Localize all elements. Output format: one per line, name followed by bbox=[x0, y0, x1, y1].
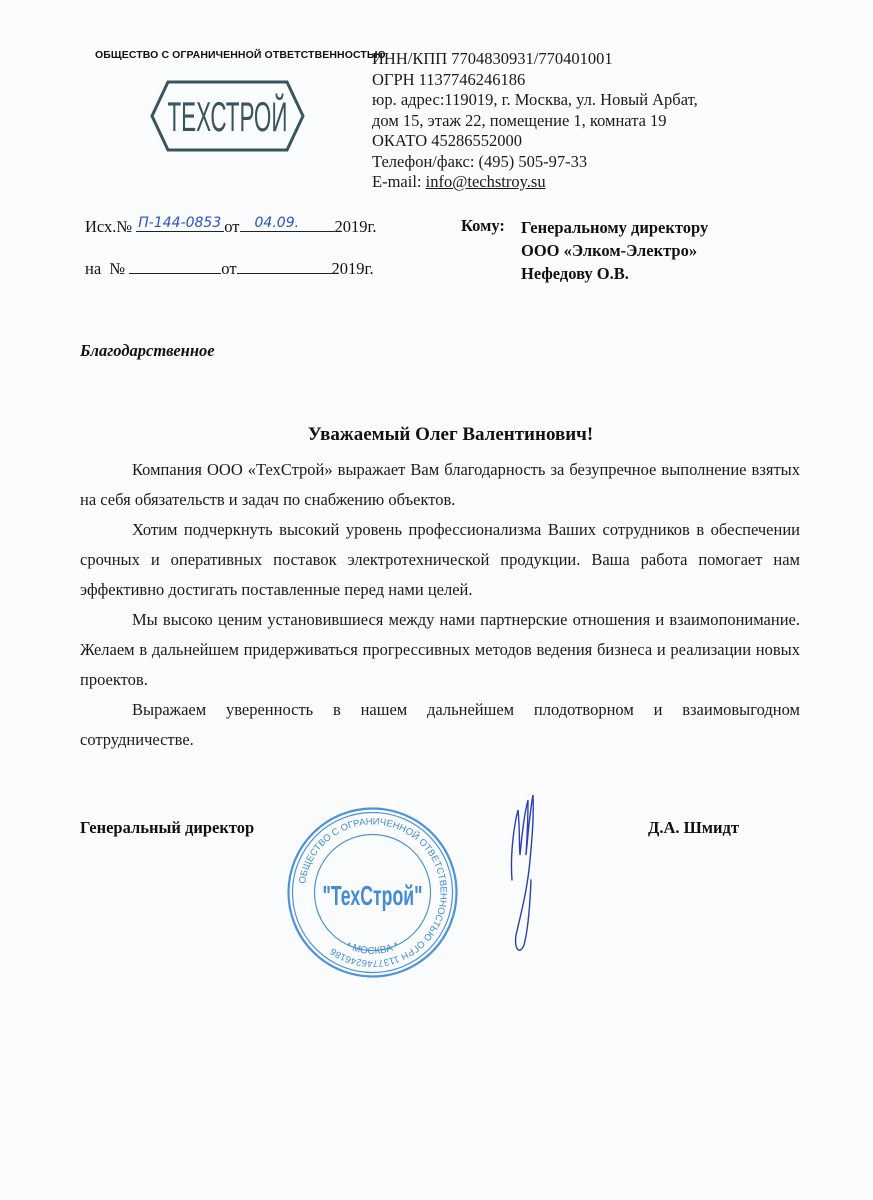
reference-from-label: от bbox=[221, 259, 236, 278]
document-type: Благодарственное bbox=[80, 341, 215, 361]
recipient-company: ООО «Элком-Электро» bbox=[521, 239, 708, 262]
reference-number-row: на № от2019г. bbox=[85, 258, 374, 279]
paragraph: Выражаем уверенность в нашем дальнейшем … bbox=[80, 695, 800, 755]
signatory-title: Генеральный директор bbox=[80, 818, 254, 838]
paragraph: Хотим подчеркнуть высокий уровень профес… bbox=[80, 515, 800, 605]
company-type-label: ОБЩЕСТВО С ОГРАНИЧЕННОЙ ОТВЕТСТВЕННОСТЬЮ bbox=[95, 49, 386, 61]
address-line-2: дом 15, этаж 22, помещение 1, комната 19 bbox=[372, 111, 698, 132]
inn-kpp: ИНН/КПП 7704830931/770401001 bbox=[372, 49, 698, 70]
reference-date-field bbox=[237, 258, 332, 274]
salutation-text: Уважаемый Олег Валентинович! bbox=[308, 424, 593, 445]
paragraph: Мы высоко ценим установившиеся между нам… bbox=[80, 605, 800, 695]
company-logo: ТЕХСТРОЙ bbox=[150, 78, 305, 154]
outgoing-number-field: П-144-0853 bbox=[136, 216, 224, 232]
company-stamp: ОБЩЕСТВО С ОГРАНИЧЕННОЙ ОТВЕТСТВЕННОСТЬЮ… bbox=[285, 805, 460, 980]
paragraph: Компания ООО «ТехСтрой» выражает Вам бла… bbox=[80, 455, 800, 515]
recipient-block: Генеральному директору ООО «Элком-Электр… bbox=[521, 216, 708, 285]
email-link[interactable]: info@techstroy.su bbox=[426, 172, 546, 191]
svg-text:ТЕХСТРОЙ: ТЕХСТРОЙ bbox=[168, 94, 288, 141]
email-label: E-mail: bbox=[372, 172, 426, 191]
recipient-position: Генеральному директору bbox=[521, 216, 708, 239]
reference-number-field bbox=[129, 258, 221, 274]
reference-label: на № bbox=[85, 259, 125, 278]
outgoing-label: Исх.№ bbox=[85, 217, 132, 236]
outgoing-number-row: Исх.№ П-144-0853от04.09.2019г. bbox=[85, 216, 377, 237]
outgoing-number-handwritten: П-144-0853 bbox=[138, 215, 221, 231]
address-line-1: юр. адрес:119019, г. Москва, ул. Новый А… bbox=[372, 90, 698, 111]
svg-text:"ТехСтрой": "ТехСтрой" bbox=[323, 880, 423, 911]
reference-year: 2019г. bbox=[332, 259, 374, 278]
outgoing-from-label: от bbox=[224, 217, 239, 236]
ogrn: ОГРН 1137746246186 bbox=[372, 70, 698, 91]
outgoing-year: 2019г. bbox=[335, 217, 377, 236]
letter-body: Компания ООО «ТехСтрой» выражает Вам бла… bbox=[80, 455, 800, 755]
email-row: E-mail: info@techstroy.su bbox=[372, 172, 698, 193]
recipient-name: Нефедову О.В. bbox=[521, 262, 708, 285]
recipient-label: Кому: bbox=[461, 216, 505, 236]
company-requisites: ИНН/КПП 7704830931/770401001 ОГРН 113774… bbox=[372, 49, 698, 193]
outgoing-date-handwritten: 04.09. bbox=[255, 215, 300, 231]
handwritten-signature bbox=[500, 785, 550, 955]
outgoing-date-field: 04.09. bbox=[240, 216, 335, 232]
phone: Телефон/факс: (495) 505-97-33 bbox=[372, 152, 698, 173]
salutation-heading: Уважаемый Олег Валентинович! bbox=[0, 424, 873, 446]
signatory-name: Д.А. Шмидт bbox=[648, 818, 739, 838]
okato: ОКАТО 45286552000 bbox=[372, 131, 698, 152]
svg-text:* МОСКВА *: * МОСКВА * bbox=[344, 940, 400, 957]
